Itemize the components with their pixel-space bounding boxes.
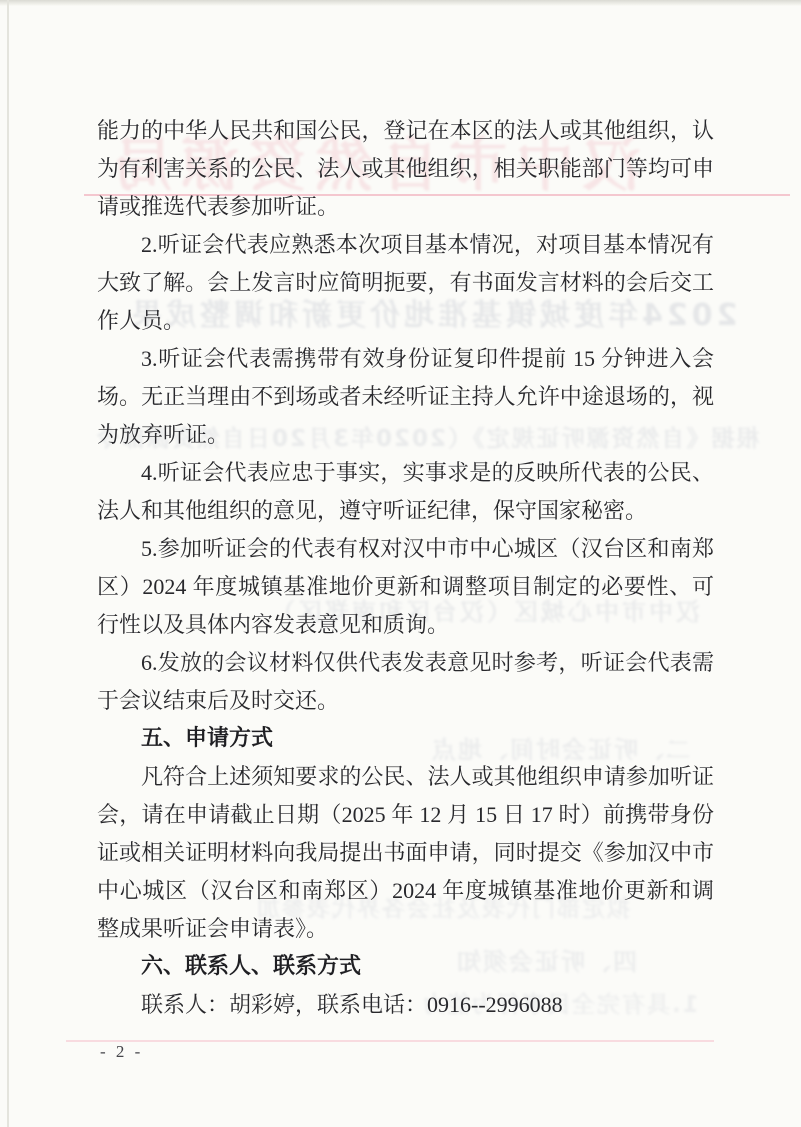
body-paragraph: 联系人：胡彩婷，联系电话：0916--2996088	[97, 986, 714, 1024]
section-heading: 五、申请方式	[97, 720, 714, 758]
body-paragraph: 能力的中华人民共和国公民，登记在本区的法人或其他组织，认为有利害关系的公民、法人…	[97, 112, 714, 226]
page-number: - 2 -	[100, 1042, 143, 1062]
bleed-red-rule-bottom	[66, 1040, 714, 1042]
scanned-document-page: 汉中市自然资源局2024年度城镇基准地价更新和调整成果根据《自然资源听证规定》（…	[0, 0, 801, 1127]
body-paragraph: 5.参加听证会的代表有权对汉中市中心城区（汉台区和南郑区）2024 年度城镇基准…	[97, 530, 714, 644]
body-paragraph: 凡符合上述须知要求的公民、法人或其他组织申请参加听证会，请在申请截止日期（202…	[97, 758, 714, 948]
scan-edge-left	[7, 0, 9, 1127]
body-paragraph: 3.听证会代表需携带有效身份证复印件提前 15 分钟进入会场。无正当理由不到场或…	[97, 340, 714, 454]
body-paragraph: 6.发放的会议材料仅供代表发表意见时参考，听证会代表需于会议结束后及时交还。	[97, 644, 714, 720]
body-paragraph: 4.听证会代表应忠于事实，实事求是的反映所代表的公民、法人和其他组织的意见，遵守…	[97, 454, 714, 530]
body-paragraph: 2.听证会代表应熟悉本次项目基本情况，对项目基本情况有大致了解。会上发言时应简明…	[97, 226, 714, 340]
document-body: 能力的中华人民共和国公民，登记在本区的法人或其他组织，认为有利害关系的公民、法人…	[97, 112, 714, 1024]
scan-edge-top	[0, 0, 801, 6]
section-heading: 六、联系人、联系方式	[97, 948, 714, 986]
